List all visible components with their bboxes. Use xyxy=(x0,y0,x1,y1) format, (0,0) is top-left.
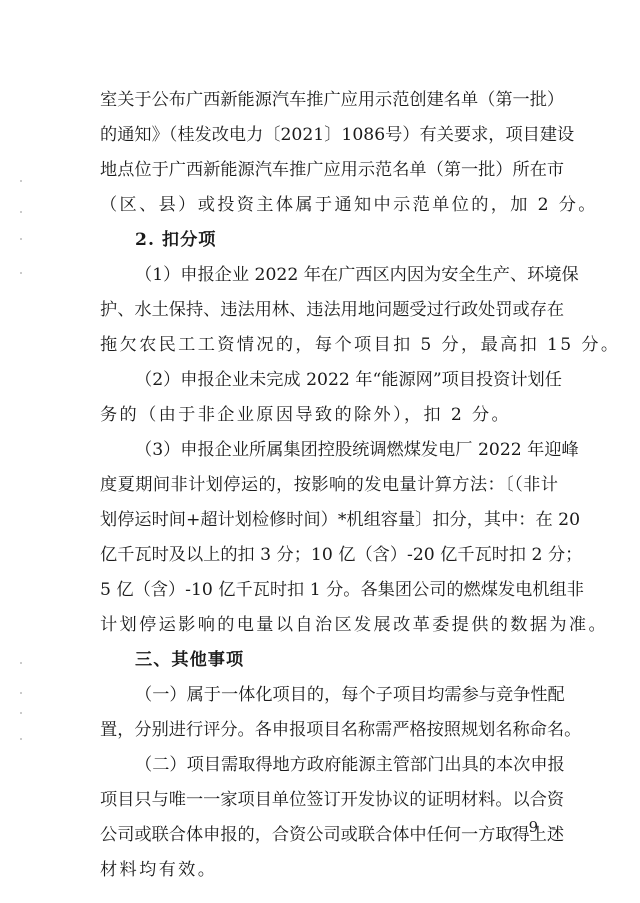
paragraph-line: （2）申报企业未完成 2022 年“能源网”项目投资计划任 xyxy=(135,370,558,390)
section-subheading: 2. 扣分项 xyxy=(135,230,558,250)
paragraph-line: 度夏期间非计划停运的，按影响的发电量计算方法：〔（非计 xyxy=(100,475,558,495)
paragraph-line: （3）申报企业所属集团控股统调燃煤发电厂 2022 年迎峰 xyxy=(135,440,558,460)
paragraph-line: 5 亿（含）-10 亿千瓦时扣 1 分。各集团公司的燃煤发电机组非 xyxy=(100,580,558,600)
paragraph-line: （区、县）或投资主体属于通知中示范单位的，加 2 分。 xyxy=(100,195,558,215)
paragraph-line: 划停运时间+超计划检修时间）*机组容量〕扣分，其中：在 20 xyxy=(100,510,558,530)
paragraph-line: 亿千瓦时及以上的扣 3 分；10 亿（含）-20 亿千瓦时扣 2 分； xyxy=(100,545,558,565)
binding-hole-mark xyxy=(20,211,22,213)
binding-hole-mark xyxy=(20,238,22,240)
paragraph-line: 材料均有效。 xyxy=(100,860,558,880)
paragraph-line: （一）属于一体化项目的，每个子项目均需参与竞争性配 xyxy=(135,685,558,705)
binding-hole-mark xyxy=(20,662,22,664)
section-heading: 三、其他事项 xyxy=(135,650,558,670)
paragraph-line: 的通知》（桂发改电力〔2021〕1086号）有关要求，项目建设 xyxy=(100,125,558,145)
binding-hole-mark xyxy=(20,712,22,714)
paragraph-line: （二）项目需取得地方政府能源主管部门出具的本次申报 xyxy=(135,755,558,775)
paragraph-line: 地点位于广西新能源汽车推广应用示范名单（第一批）所在市 xyxy=(100,160,558,180)
paragraph-line: 置，分别进行评分。各申报项目名称需严格按照规划名称命名。 xyxy=(100,720,558,740)
paragraph-line: 务的（由于非企业原因导致的除外），扣 2 分。 xyxy=(100,405,558,425)
binding-hole-mark xyxy=(20,180,22,182)
document-page: 室关于公布广西新能源汽车推广应用示范创建名单（第一批） 的通知》（桂发改电力〔2… xyxy=(0,0,640,903)
binding-hole-mark xyxy=(20,738,22,740)
paragraph-line: （1）申报企业 2022 年在广西区内因为安全生产、环境保 xyxy=(135,265,558,285)
paragraph-line: 护、水土保持、违法用林、违法用地问题受过行政处罚或存在 xyxy=(100,300,558,320)
paragraph-line: 拖欠农民工工资情况的，每个项目扣 5 分，最高扣 15 分。 xyxy=(100,335,558,355)
paragraph-line: 计划停运影响的电量以自治区发展改革委提供的数据为准。 xyxy=(100,615,558,635)
paragraph-line: 公司或联合体申报的，合资公司或联合体中任何一方取得上述 xyxy=(100,825,558,845)
page-number: - 9 - xyxy=(511,818,560,836)
paragraph-line: 室关于公布广西新能源汽车推广应用示范创建名单（第一批） xyxy=(100,90,558,110)
binding-hole-mark xyxy=(20,692,22,694)
paragraph-line: 项目只与唯一一家项目单位签订开发协议的证明材料。以合资 xyxy=(100,790,558,810)
binding-hole-mark xyxy=(20,272,22,274)
